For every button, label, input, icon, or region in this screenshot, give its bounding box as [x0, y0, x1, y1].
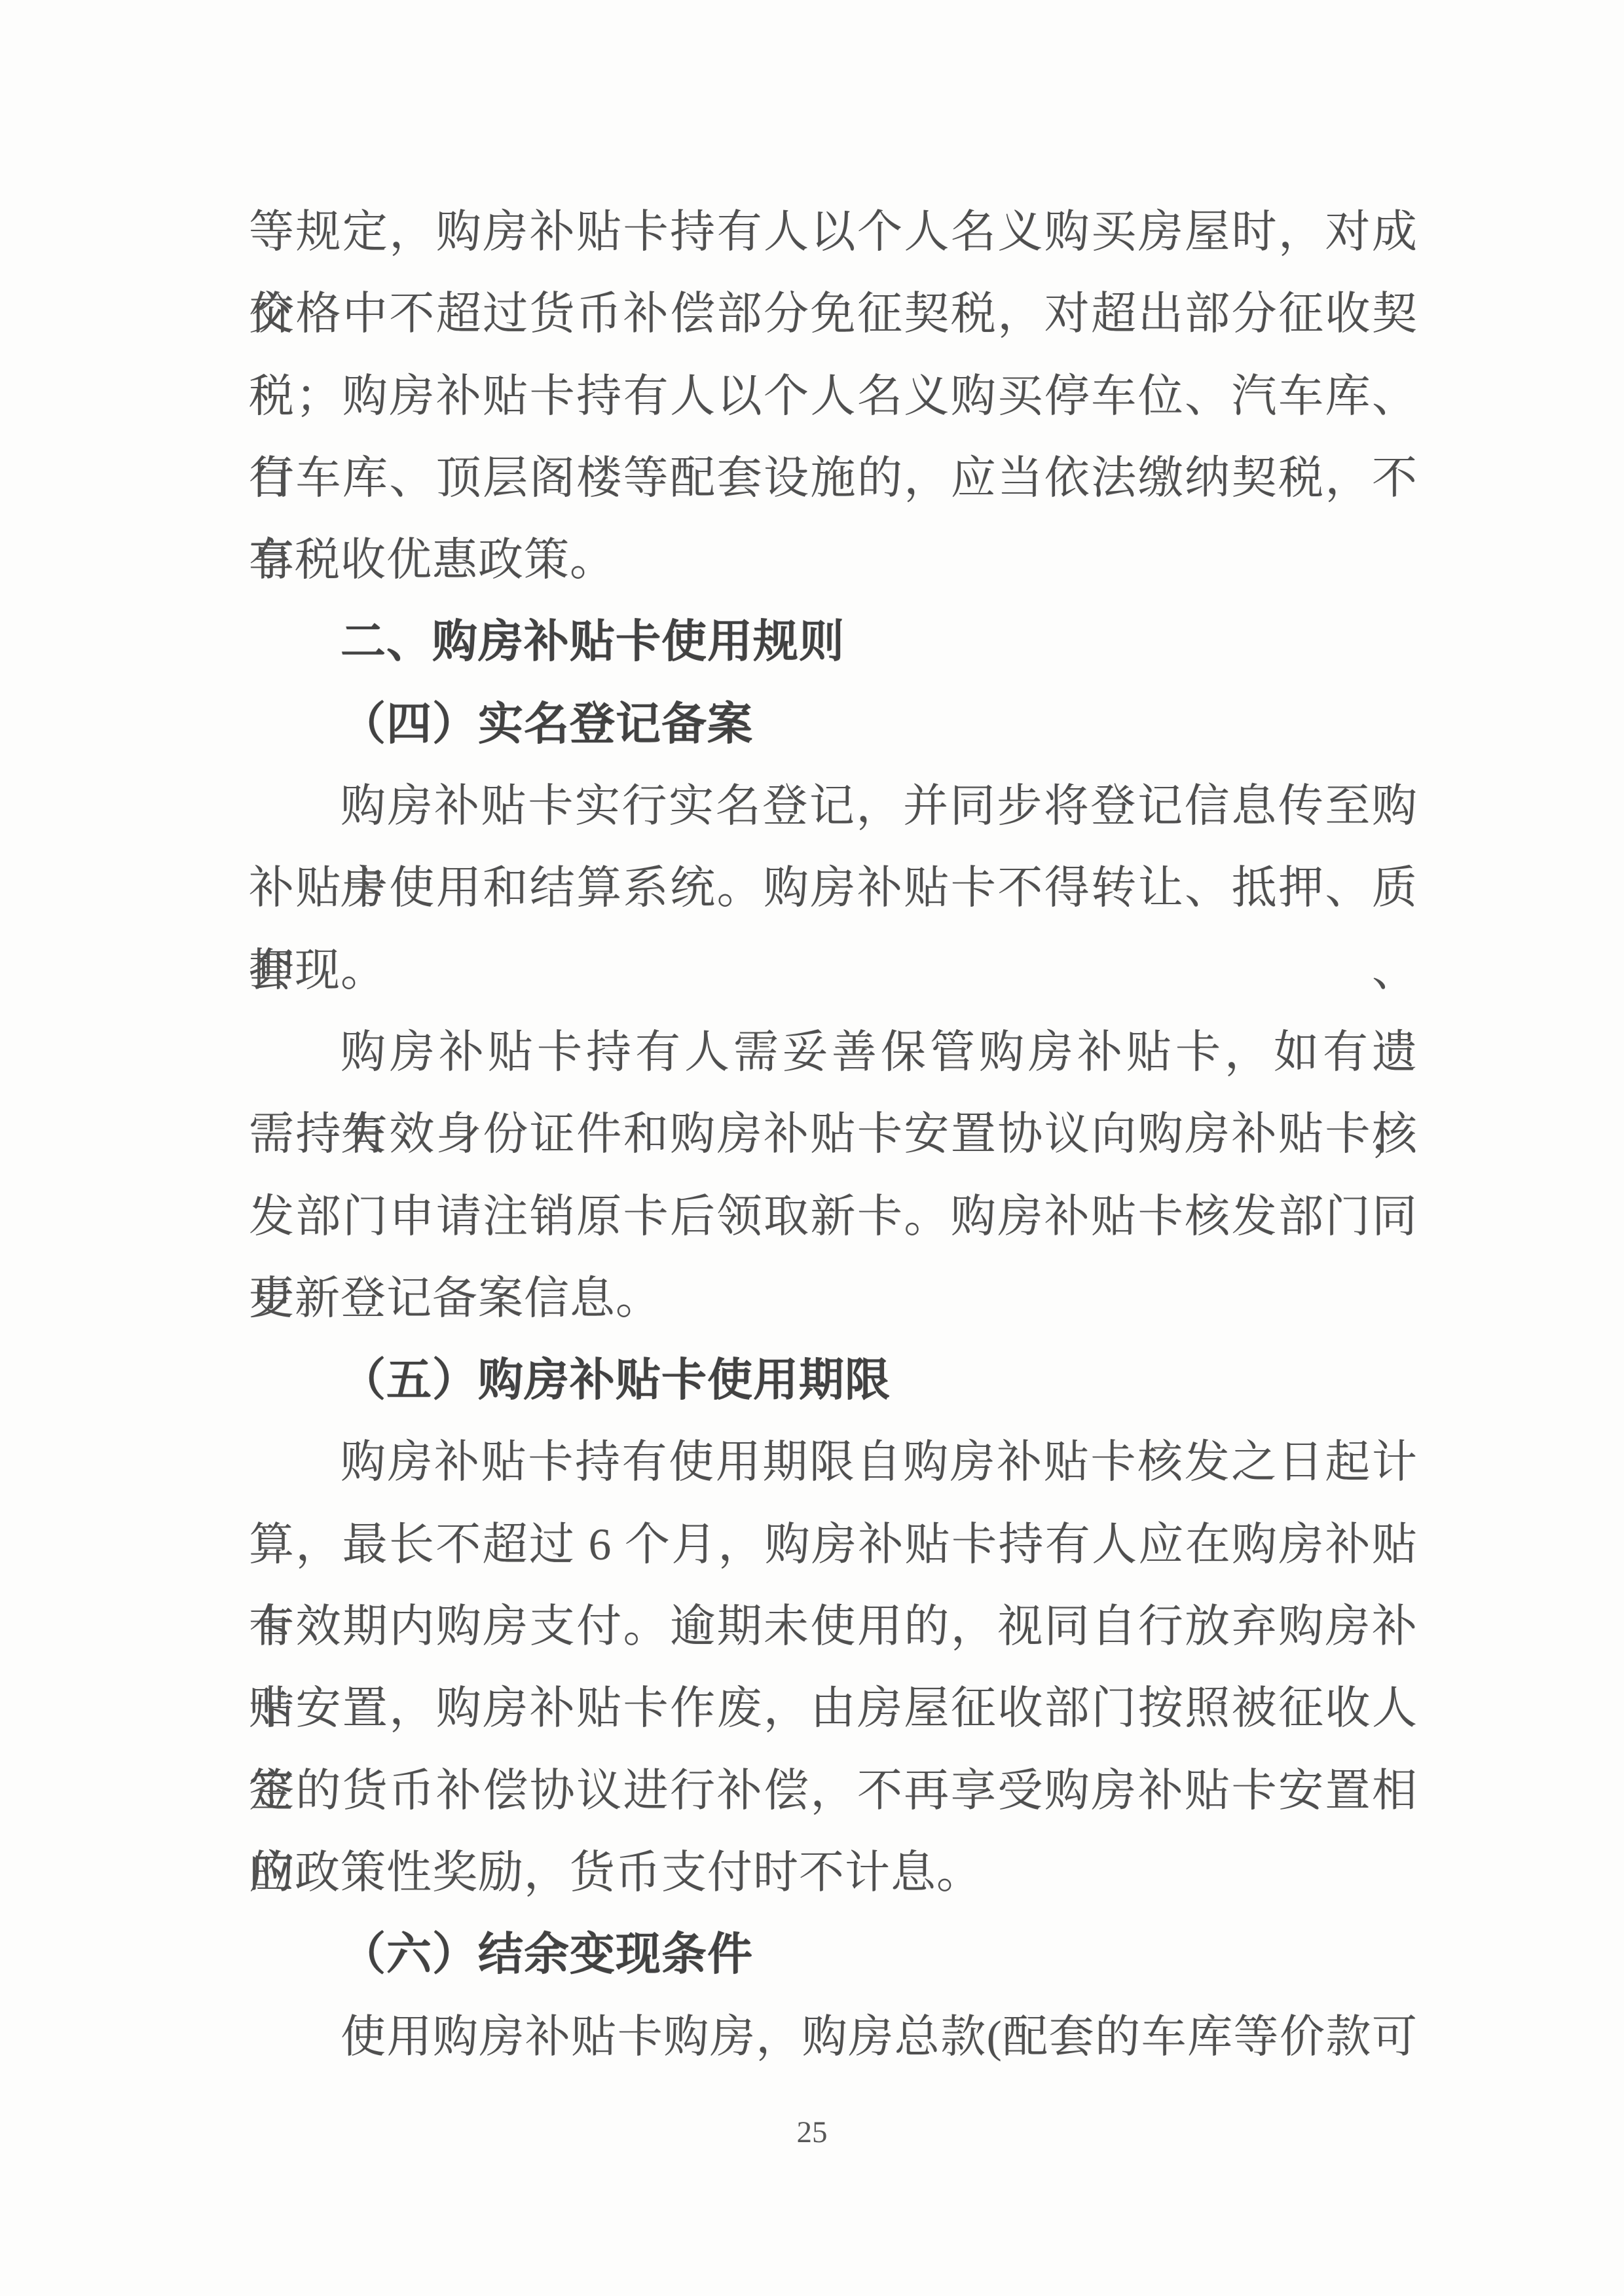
body-line: 算，最长不超过 6 个月，购房补贴卡持有人应在购房补贴卡: [249, 1504, 1418, 1586]
body-line: 等规定，购房补贴卡持有人以个人名义购买房屋时，对成交: [249, 191, 1418, 273]
body-line: 补贴卡使用和结算系统。购房补贴卡不得转让、抵押、质押、: [249, 847, 1418, 929]
body-line: 购房补贴卡持有人需妥善保管购房补贴卡，如有遗失，: [249, 1011, 1418, 1093]
body-line: 的政策性奖励，货币支付时不计息。: [249, 1832, 1418, 1914]
body-line: 有税收优惠政策。: [249, 519, 1418, 601]
body-line: 使用购房补贴卡购房，购房总款(配套的车库等价款可: [249, 1996, 1418, 2078]
body-line: 定的货币补偿协议进行补偿，不再享受购房补贴卡安置相应: [249, 1750, 1418, 1832]
document-page: 等规定，购房补贴卡持有人以个人名义购买房屋时，对成交价格中不超过货币补偿部分免征…: [0, 0, 1624, 2296]
section-heading: （六）结余变现条件: [249, 1914, 1418, 1995]
chapter-heading: 二、购房补贴卡使用规则: [249, 601, 1418, 683]
body-line: 发部门申请注销原卡后领取新卡。购房补贴卡核发部门同步: [249, 1176, 1418, 1258]
section-heading: （五）购房补贴卡使用期限: [249, 1339, 1418, 1421]
body-line: 卡安置，购房补贴卡作废，由房屋征收部门按照被征收人签: [249, 1667, 1418, 1749]
page-number: 25: [0, 2117, 1624, 2148]
body-line: 需持有效身份证件和购房补贴卡安置协议向购房补贴卡核: [249, 1093, 1418, 1175]
body-line: 购房补贴卡实行实名登记，并同步将登记信息传至购房: [249, 765, 1418, 847]
body-line: 税；购房补贴卡持有人以个人名义购买停车位、汽车库、自: [249, 355, 1418, 437]
section-heading: （四）实名登记备案: [249, 683, 1418, 765]
document-body: 等规定，购房补贴卡持有人以个人名义购买房屋时，对成交价格中不超过货币补偿部分免征…: [249, 191, 1418, 2078]
body-line: 行车库、顶层阁楼等配套设施的，应当依法缴纳契税，不享: [249, 437, 1418, 519]
body-line: 更新登记备案信息。: [249, 1258, 1418, 1339]
body-line: 有效期内购房支付。逾期未使用的，视同自行放弃购房补贴: [249, 1586, 1418, 1667]
body-line: 价格中不超过货币补偿部分免征契税，对超出部分征收契: [249, 273, 1418, 355]
body-line: 购房补贴卡持有使用期限自购房补贴卡核发之日起计: [249, 1421, 1418, 1503]
